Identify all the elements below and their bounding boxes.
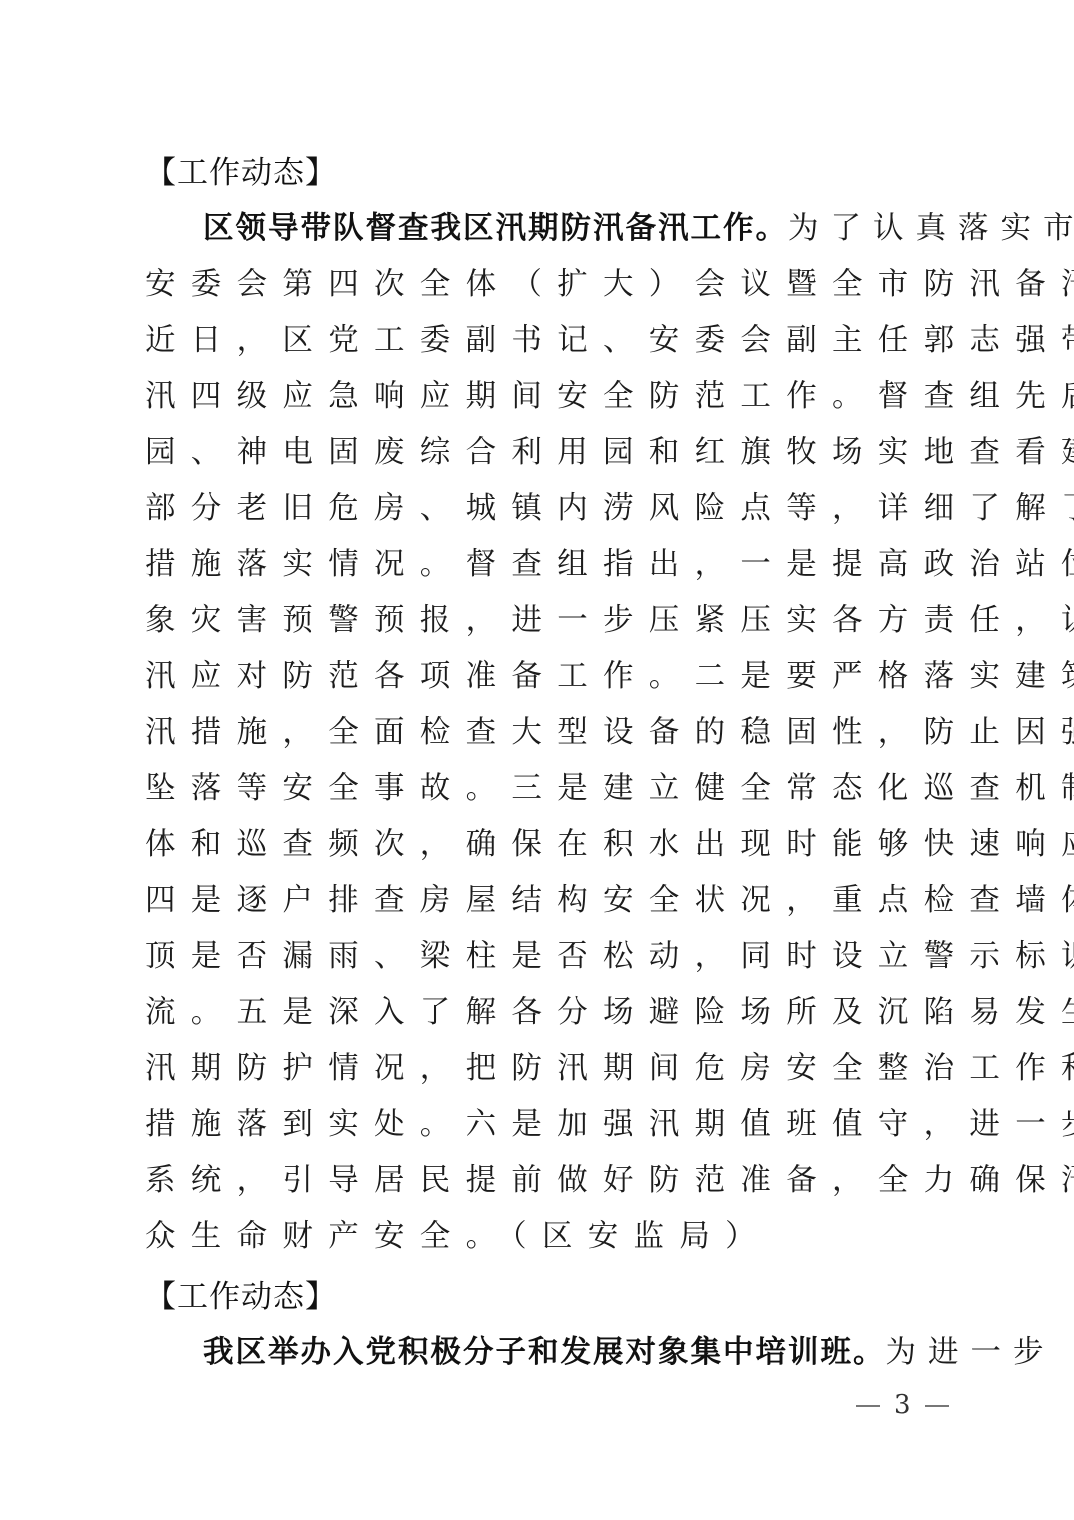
- body-line: 汛应对防范各项准备工作。二是要严格落实建筑施工现场的防: [145, 657, 931, 697]
- body-line: 园、神电固废综合利用园和红旗牧场实地查看建筑施工现场、: [145, 433, 931, 473]
- body-line: 象灾害预警预报，进一步压紧压实各方责任，认真做好安全度: [145, 601, 931, 641]
- body-line: 近日，区党工委副书记、安委会副主任郭志强带队督查我区防: [145, 321, 931, 361]
- lead-text: 为了认真落实市: [788, 211, 1074, 246]
- dash-left: [856, 1405, 880, 1407]
- body-line: 安委会第四次全体（扩大）会议暨全市防汛备汛工作会议精神，: [145, 265, 931, 305]
- page-number-value: 3: [894, 1390, 911, 1420]
- body-line: 汛期防护情况，把防汛期间危房安全整治工作和地质灾害防范: [145, 1049, 931, 1089]
- body-line: 措施落实情况。督查组指出，一是提高政治站位，密切关注气: [145, 545, 931, 585]
- body-line: 汛措施，全面检查大型设备的稳固性，防止因强降雨引发坍塌、: [145, 713, 931, 753]
- body-line: 顶是否漏雨、梁柱是否松动，同时设立警示标识，严禁人员回: [145, 937, 931, 977]
- article-headline: 区领导带队督查我区汛期防汛备汛工作。: [203, 211, 788, 246]
- lead-text: 为进一步: [886, 1335, 1056, 1370]
- section-label: 【工作动态】: [145, 1277, 337, 1317]
- lead-line: 区领导带队督查我区汛期防汛备汛工作。为了认真落实市: [203, 209, 989, 249]
- body-line: 措施落到实处。六是加强汛期值班值守，进一步完善内涝预警: [145, 1105, 931, 1145]
- body-line: 部分老旧危房、城镇内涝风险点等，详细了解了园区防汛排涝: [145, 489, 931, 529]
- body-line: 坠落等安全事故。三是建立健全常态化巡查机制，明确责任主: [145, 769, 931, 809]
- body-line: 流。五是深入了解各分场避险场所及沉陷易发生地质灾害区域: [145, 993, 931, 1033]
- article-headline: 我区举办入党积极分子和发展对象集中培训班。: [203, 1335, 886, 1370]
- body-line: 体和巡查频次，确保在积水出现时能够快速响应、及时处置。: [145, 825, 931, 865]
- section-label: 【工作动态】: [145, 153, 337, 193]
- dash-right: [925, 1405, 949, 1407]
- page-number: 3: [842, 1388, 963, 1422]
- body-line: 众生命财产安全。（区安监局）: [145, 1217, 931, 1257]
- body-line: 汛四级应急响应期间安全防范工作。督查组先后深入科创商务: [145, 377, 931, 417]
- body-line: 系统，引导居民提前做好防范准备，全力确保汛期全区人民群: [145, 1161, 931, 1201]
- document-page: 【工作动态】 区领导带队督查我区汛期防汛备汛工作。为了认真落实市 安委会第四次全…: [0, 0, 1074, 1520]
- lead-line: 我区举办入党积极分子和发展对象集中培训班。为进一步: [203, 1333, 989, 1373]
- body-line: 四是逐户排查房屋结构安全状况，重点检查墙体是否开裂、屋: [145, 881, 931, 921]
